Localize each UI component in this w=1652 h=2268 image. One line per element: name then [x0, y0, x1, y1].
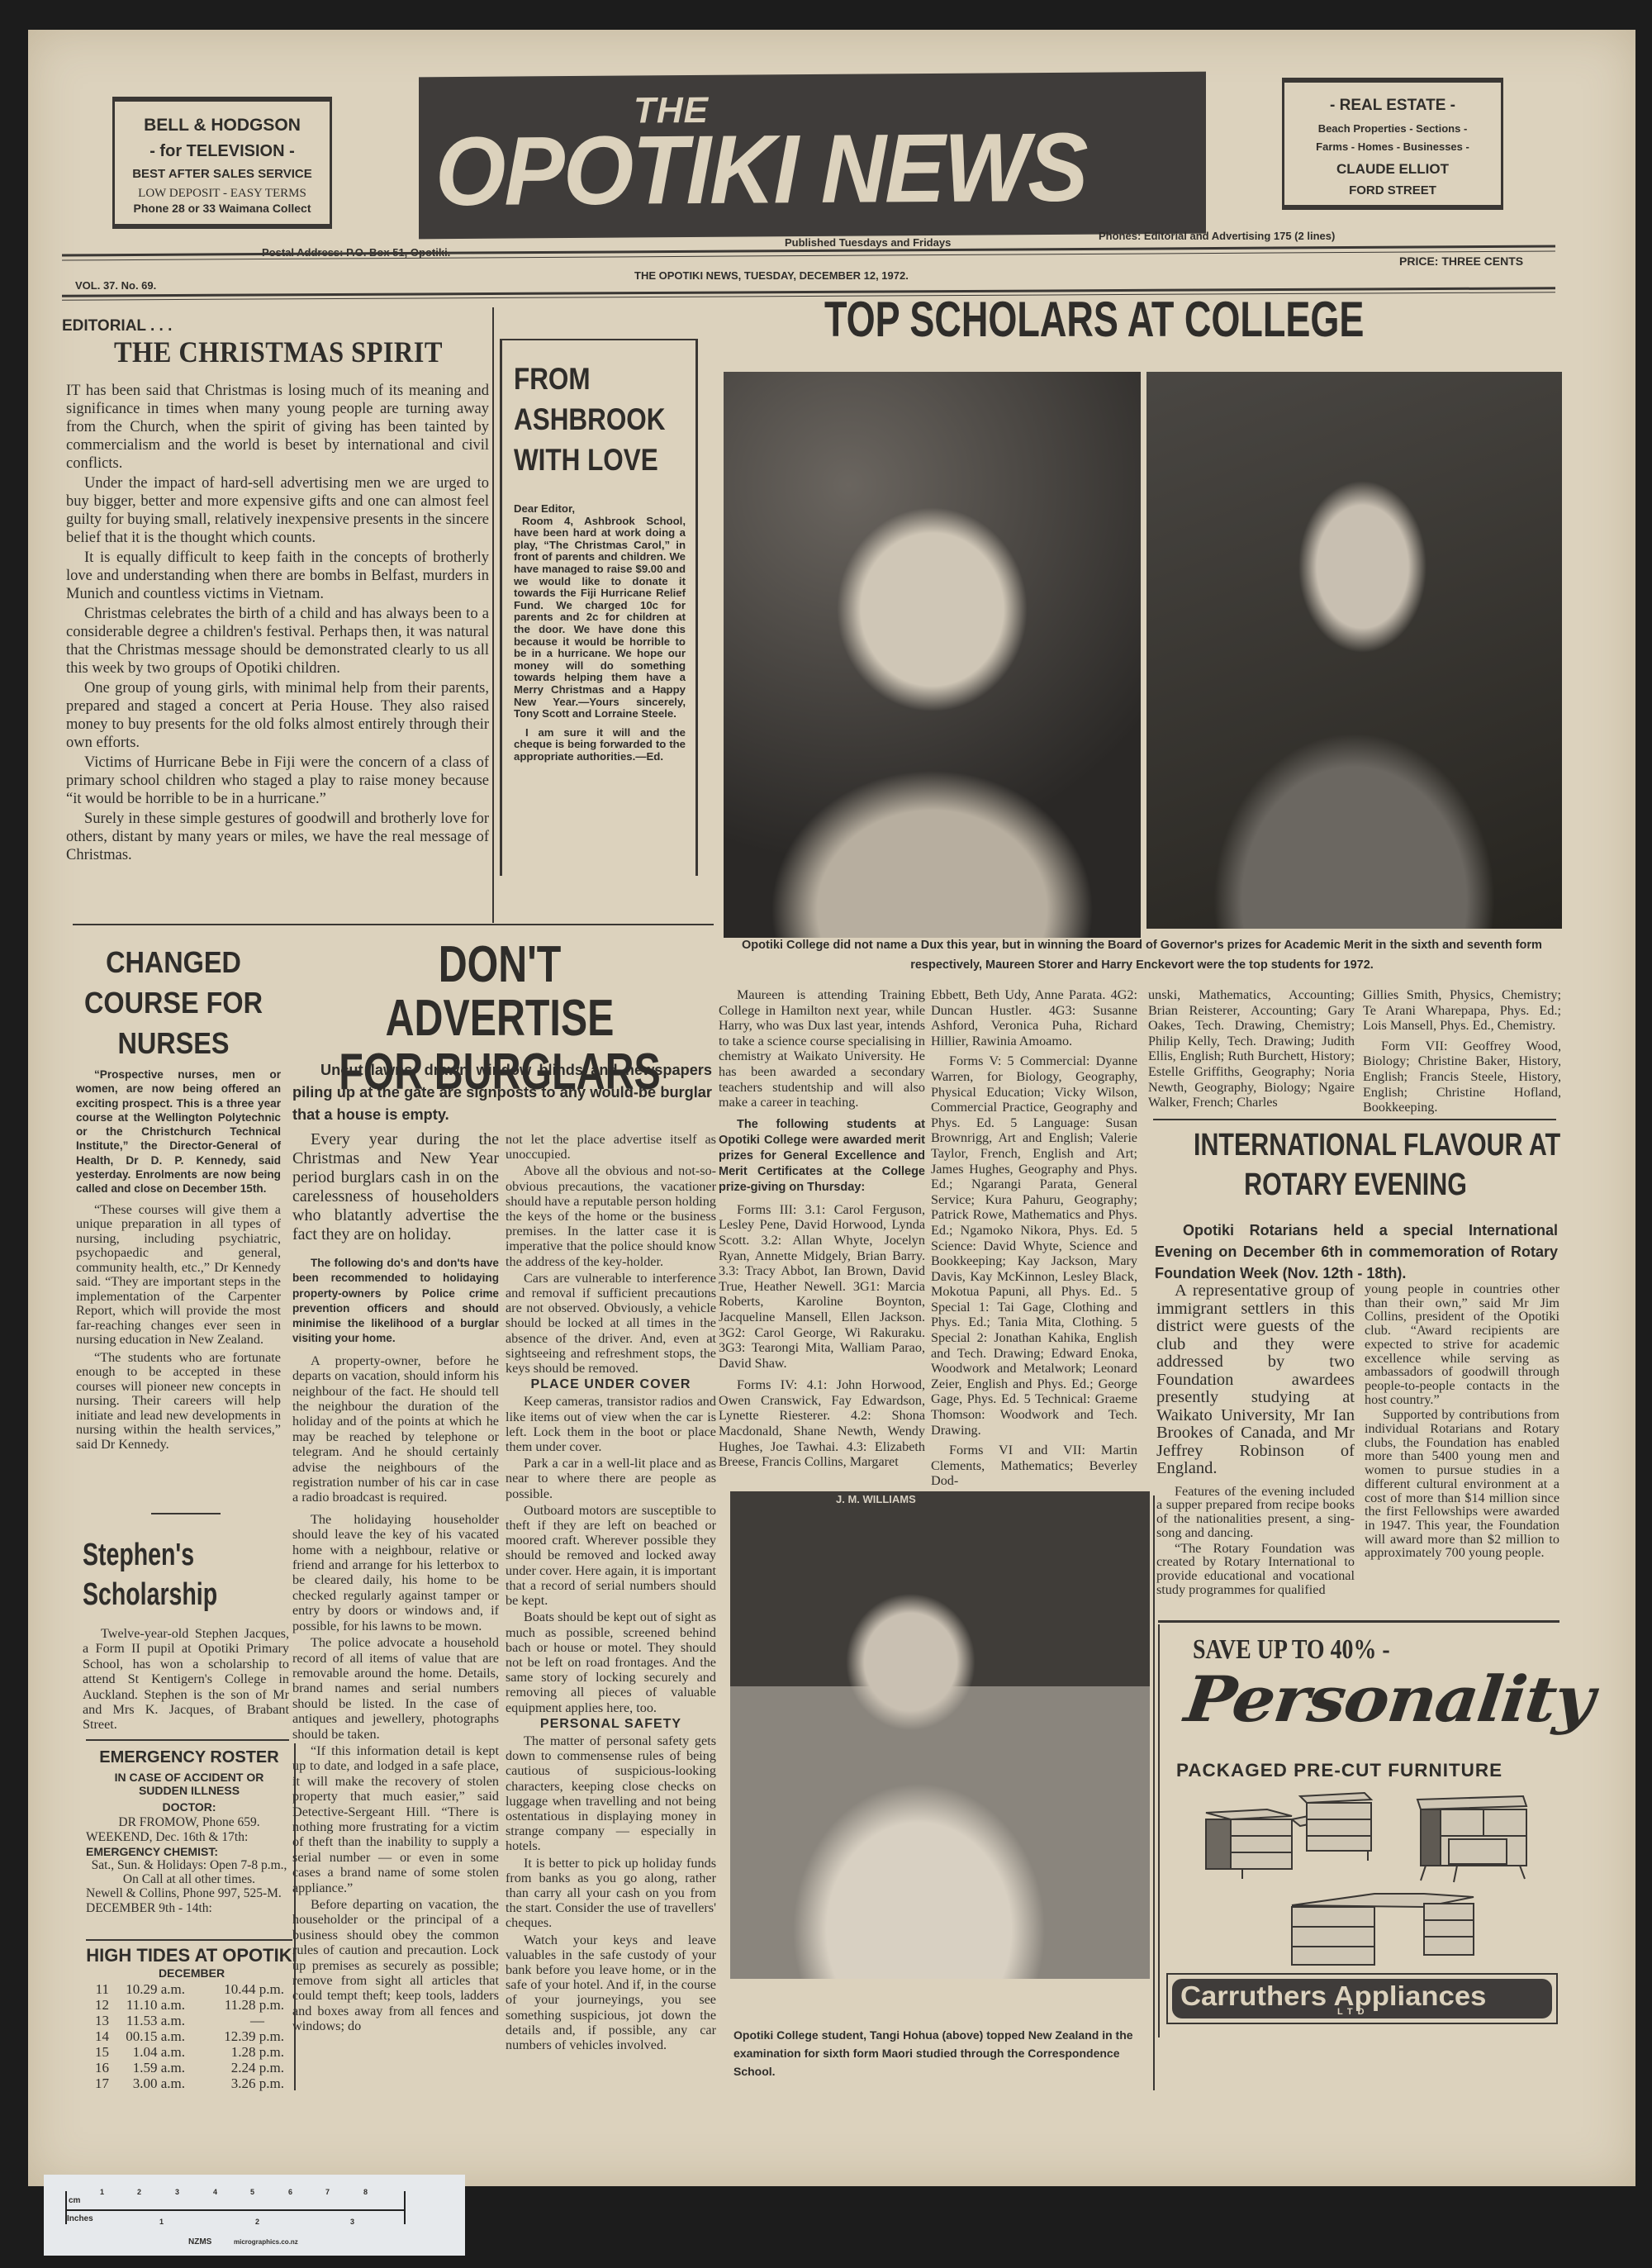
tide-am: 11.10 a.m.	[114, 1997, 185, 2013]
ad-brand-script: Personality	[1181, 1662, 1597, 1736]
weekend-dates: WEEKEND, Dec. 16th & 17th:	[86, 1830, 292, 1845]
burglars-paragraph: The police advocate a household record o…	[292, 1635, 499, 1742]
ruler-inch-tick: 1	[159, 2218, 164, 2226]
ashbrook-letter-box: FROM ASHBROOK WITH LOVE Dear Editor, Roo…	[500, 339, 698, 876]
ruler-website: micrographics.co.nz	[234, 2238, 298, 2246]
headline-line: DON'T ADVERTISE	[329, 938, 670, 1045]
emergency-subtitle: SUDDEN ILLNESS	[86, 1784, 292, 1797]
bell-hodgson-ad: BELL & HODGSON - for TELEVISION - BEST A…	[112, 97, 332, 229]
advertiser-banner: Carruthers Appliances LTD	[1166, 1973, 1558, 2024]
burglars-paragraph: Keep cameras, transistor radios and like…	[506, 1394, 716, 1454]
ad-headline: SAVE UP TO 40% -	[1193, 1634, 1390, 1666]
scholars-paragraph: Ebbett, Beth Udy, Anne Parata. 4G2: Dunc…	[931, 987, 1137, 1048]
editorial-kicker: EDITORIAL . . .	[62, 317, 172, 335]
tide-am: 00.15 a.m.	[114, 2028, 185, 2044]
headline-line: ASHBROOK	[514, 399, 660, 440]
editorial-paragraph: It is equally difficult to keep faith in…	[66, 549, 489, 603]
volume-number: VOL. 37. No. 69.	[75, 279, 156, 292]
headline-line: FROM	[514, 359, 660, 399]
scholars-caption: Opotiki College did not name a Dux this …	[719, 935, 1565, 975]
headline-line: INTERNATIONAL FLAVOUR AT	[1194, 1125, 1517, 1165]
real-estate-ad: - REAL ESTATE - Beach Properties - Secti…	[1282, 78, 1503, 210]
burglars-paragraph: Cars are vulnerable to interference and …	[506, 1271, 716, 1376]
tide-pm: —	[185, 2013, 264, 2028]
dateline: THE OPOTIKI NEWS, TUESDAY, DECEMBER 12, …	[634, 269, 909, 282]
rotary-paragraph: young people in countries other than the…	[1365, 1282, 1559, 1406]
tides-top-rule	[86, 1939, 292, 1941]
tide-am: 10.29 a.m.	[114, 1981, 185, 1997]
scholars-paragraph: unski, Mathematics, Accounting; Brian Re…	[1148, 987, 1355, 1110]
burglars-paragraph: “If this information detail is kept up t…	[292, 1743, 499, 1895]
nurses-paragraph: “The students who are fortunate enough t…	[76, 1351, 281, 1453]
rotary-headline: INTERNATIONAL FLAVOUR AT ROTARY EVENING	[1153, 1125, 1558, 1205]
emergency-subtitle: IN CASE OF ACCIDENT OR	[86, 1771, 292, 1784]
ruler-cm-tick: 5	[250, 2188, 254, 2196]
advertiser-suffix: LTD	[1337, 2007, 1370, 2017]
ruler-inch-tick: 3	[350, 2218, 354, 2226]
tangi-caption: Opotiki College student, Tangi Hohua (ab…	[733, 2026, 1148, 2080]
burglars-paragraph: not let the place advertise itself as un…	[506, 1132, 716, 1162]
tide-row: 151.04 a.m.1.28 p.m.	[86, 2044, 297, 2060]
ashbrook-text: Dear Editor, Room 4, Ashbrook School, ha…	[514, 503, 686, 763]
burglars-paragraph: Watch your keys and leave valuables in t…	[506, 1933, 716, 2053]
nurses-body: “Prospective nurses, men or women, are n…	[76, 1067, 281, 1452]
tide-pm: 2.24 p.m.	[185, 2060, 284, 2075]
editorial-paragraph: Victims of Hurricane Bebe in Fiji were t…	[66, 754, 489, 808]
headline-line: ROTARY EVENING	[1194, 1165, 1517, 1205]
burglars-col-1: Every year during the Christmas and New …	[292, 1130, 499, 2034]
ad-top-rule	[1158, 1620, 1559, 1623]
ruler-cm-tick: 3	[175, 2188, 179, 2196]
rotary-col-2: young people in countries other than the…	[1365, 1282, 1559, 1560]
furniture-illustration	[1176, 1790, 1548, 1971]
headline-line: Scholarship	[83, 1575, 217, 1614]
rotary-paragraph: Features of the evening included a suppe…	[1156, 1485, 1355, 1540]
roster-dates: DECEMBER 9th - 14th:	[86, 1901, 292, 1916]
editorial-body: IT has been said that Christmas is losin…	[66, 382, 489, 864]
ad-tagline: PACKAGED PRE-CUT FURNITURE	[1176, 1760, 1502, 1781]
ad-line: Farms - Homes - Businesses -	[1284, 140, 1501, 154]
rotary-paragraph: A representative group of immigrant sett…	[1156, 1282, 1355, 1478]
chemist-hours: Sat., Sun. & Holidays: Open 7-8 p.m., On…	[86, 1858, 292, 1886]
column-rule-right	[1153, 1495, 1155, 2090]
tide-row: 1311.53 a.m.—	[86, 2013, 297, 2028]
ruler-cm-tick: 2	[137, 2188, 141, 2196]
editorial-divider	[73, 924, 714, 925]
ruler-brand: NZMS	[188, 2237, 211, 2247]
short-divider	[151, 1513, 221, 1514]
ashbrook-headline: FROM ASHBROOK WITH LOVE	[514, 359, 660, 480]
scholars-intro: The following students at Opotiki Colleg…	[719, 1117, 925, 1196]
chemist-label: EMERGENCY CHEMIST:	[86, 1845, 292, 1858]
tide-am: 1.04 a.m.	[114, 2044, 185, 2060]
nurses-headline: CHANGED COURSE FOR NURSES	[84, 942, 263, 1063]
rotary-deck: Opotiki Rotarians held a special Interna…	[1155, 1220, 1558, 1284]
scholars-col-2: Ebbett, Beth Udy, Anne Parata. 4G2: Dunc…	[931, 987, 1137, 1489]
subhead-place-under-cover: PLACE UNDER COVER	[506, 1377, 716, 1392]
headline-line: CHANGED	[84, 942, 263, 982]
tide-pm: 3.26 p.m.	[185, 2075, 284, 2091]
scholars-col-4: Gillies Smith, Physics, Chemistry; Te Ar…	[1363, 987, 1561, 1115]
emergency-title: EMERGENCY ROSTER	[86, 1748, 292, 1767]
tide-day: 15	[86, 2044, 109, 2060]
burglars-paragraph: The holidaying householder should leave …	[292, 1512, 499, 1633]
photo-harry-enckevort	[1146, 372, 1562, 929]
burglars-paragraph: Every year during the Christmas and New …	[292, 1130, 499, 1244]
masthead-block: THE OPOTIKI NEWS	[419, 72, 1206, 240]
photo-sign-text: J. M. WILLIAMS	[836, 1493, 916, 1505]
ad-line: FORD STREET	[1284, 183, 1501, 199]
photo-maureen-storer	[724, 372, 1141, 938]
tide-row: 173.00 a.m.3.26 p.m.	[86, 2075, 297, 2091]
ruler-inch-tick: 2	[255, 2218, 259, 2226]
ad-line: CLAUDE ELLIOT	[1284, 160, 1501, 178]
ruler-cm-tick: 8	[363, 2188, 368, 2196]
burglars-paragraph: A property-owner, before he departs on v…	[292, 1353, 499, 1505]
tides-title: HIGH TIDES AT OPOTIKI	[86, 1945, 297, 1966]
tide-pm: 1.28 p.m.	[185, 2044, 284, 2060]
tide-row: 1400.15 a.m.12.39 p.m.	[86, 2028, 297, 2044]
tide-row: 161.59 a.m.2.24 p.m.	[86, 2060, 297, 2075]
ad-line: Phone 28 or 33 Waimana Collect	[115, 202, 330, 216]
tides-month: DECEMBER	[86, 1966, 297, 1980]
tide-pm: 12.39 p.m.	[185, 2028, 284, 2044]
scholars-forms-vi-vii: Forms VI and VII: Martin Clements, Mathe…	[931, 1443, 1137, 1489]
emergency-roster: EMERGENCY ROSTER IN CASE OF ACCIDENT OR …	[86, 1748, 292, 1916]
scholars-col-3: unski, Mathematics, Accounting; Brian Re…	[1148, 987, 1355, 1110]
editorial-paragraph: Under the impact of hard-sell advertisin…	[66, 474, 489, 547]
burglars-deck: Uncut lawns, drawn window blinds and new…	[292, 1059, 712, 1126]
column-rule-editorial	[492, 307, 494, 923]
scholars-forms-iv: Forms IV: 4.1: John Horwood, Owen Cransw…	[719, 1377, 925, 1470]
tide-pm: 11.28 p.m.	[185, 1997, 284, 2013]
doctor-label: DOCTOR:	[86, 1800, 292, 1814]
ruler-cm-tick: 1	[100, 2188, 104, 2196]
editorial-paragraph: One group of young girls, with minimal h…	[66, 679, 489, 752]
tide-day: 13	[86, 2013, 109, 2028]
tide-am: 11.53 a.m.	[114, 2013, 185, 2028]
scholars-forms-iii: Forms III: 3.1: Carol Ferguson, Lesley P…	[719, 1202, 925, 1372]
photo-tangi-hohua: J. M. WILLIAMS	[730, 1491, 1150, 1979]
headline-line: Stephen's	[83, 1535, 217, 1575]
rotary-paragraph: Supported by contributions from individu…	[1365, 1408, 1559, 1560]
burglars-bold-intro: The following do's and don'ts have been …	[292, 1256, 499, 1347]
ad-line: - REAL ESTATE -	[1284, 96, 1501, 116]
tide-day: 12	[86, 1997, 109, 2013]
letter-salutation: Dear Editor,	[514, 503, 686, 516]
burglars-paragraph: It is better to pick up holiday funds fr…	[506, 1856, 716, 1931]
editorial-paragraph: IT has been said that Christmas is losin…	[66, 382, 489, 473]
letter-body: Room 4, Ashbrook School, have been hard …	[514, 516, 686, 720]
headline-line: WITH LOVE	[514, 440, 660, 480]
masthead-title: OPOTIKI NEWS	[435, 114, 1087, 226]
scholars-headline: TOP SCHOLARS AT COLLEGE	[824, 291, 1364, 348]
nurses-paragraph: “These courses will give them a unique p…	[76, 1203, 281, 1348]
tide-pm: 10.44 p.m.	[185, 1981, 284, 1997]
scale-ruler: cm Inches 1 2 3 4 5 6 7 8 1 2 3 NZMS mic…	[44, 2175, 465, 2256]
rotary-top-rule	[1153, 1119, 1556, 1120]
tide-row: 1110.29 a.m.10.44 p.m.	[86, 1981, 297, 1997]
tide-am: 3.00 a.m.	[114, 2075, 185, 2091]
advertiser-name: Carruthers Appliances	[1180, 1980, 1486, 2012]
ruler-cm-tick: 7	[325, 2188, 330, 2196]
headline-line: NURSES	[84, 1023, 263, 1063]
burglars-paragraph: The matter of personal safety gets down …	[506, 1733, 716, 1854]
nurses-lead: “Prospective nurses, men or women, are n…	[76, 1067, 281, 1196]
high-tides: HIGH TIDES AT OPOTIKI DECEMBER 1110.29 a…	[86, 1945, 297, 2091]
burglars-paragraph: Above all the obvious and not-so- obviou…	[506, 1163, 716, 1268]
published-note: Published Tuesdays and Fridays	[785, 236, 951, 249]
stephen-paragraph: Twelve-year-old Stephen Jacques, a Form …	[83, 1626, 289, 1733]
rotary-paragraph: “The Rotary Foundation was created by Ro…	[1156, 1542, 1355, 1597]
ruler-cm-tick: 6	[288, 2188, 292, 2196]
subhead-personal-safety: PERSONAL SAFETY	[506, 1717, 716, 1732]
ad-line: BEST AFTER SALES SERVICE	[115, 167, 330, 183]
ruler-cm-label: cm	[69, 2196, 80, 2205]
tide-day: 14	[86, 2028, 109, 2044]
ad-line: Beach Properties - Sections -	[1284, 122, 1501, 136]
doctor-name: DR FROMOW, Phone 659.	[86, 1815, 292, 1830]
tide-am: 1.59 a.m.	[114, 2060, 185, 2075]
phones-note: Phones: Editorial and Advertising 175 (2…	[1099, 230, 1335, 242]
tide-row: 1211.10 a.m.11.28 p.m.	[86, 1997, 297, 2013]
burglars-col-2: not let the place advertise itself as un…	[506, 1132, 716, 2052]
burglars-paragraph: Outboard motors are susceptible to theft…	[506, 1503, 716, 1608]
editorial-paragraph: Surely in these simple gestures of goodw…	[66, 810, 489, 864]
personality-furniture-ad: SAVE UP TO 40% - Personality PACKAGED PR…	[1158, 1624, 1563, 2037]
tide-day: 17	[86, 2075, 109, 2091]
scholars-paragraph: Gillies Smith, Physics, Chemistry; Te Ar…	[1363, 987, 1561, 1034]
ad-line: - for TELEVISION -	[115, 141, 330, 162]
ad-line: LOW DEPOSIT - EASY TERMS	[115, 186, 330, 202]
ruler-inches-label: Inches	[67, 2214, 93, 2223]
rotary-col-1: A representative group of immigrant sett…	[1156, 1282, 1355, 1597]
stephen-headline: Stephen's Scholarship	[83, 1535, 217, 1614]
burglars-paragraph: Before departing on vacation, the househ…	[292, 1897, 499, 2034]
burglars-paragraph: Park a car in a well-lit place and as ne…	[506, 1456, 716, 1501]
editor-reply: I am sure it will and the cheque is bein…	[514, 727, 686, 763]
scholars-paragraph: Maureen is attending Training College in…	[719, 987, 925, 1110]
tide-day: 16	[86, 2060, 109, 2075]
price: PRICE: THREE CENTS	[1399, 254, 1523, 268]
tide-day: 11	[86, 1981, 109, 1997]
scholars-form-vii: Form VII: Geoffrey Wood, Biology; Christ…	[1363, 1039, 1561, 1115]
emergency-top-rule	[86, 1739, 289, 1741]
headline-line: COURSE FOR	[84, 982, 263, 1023]
ruler-cm-tick: 4	[213, 2188, 217, 2196]
editorial-paragraph: Christmas celebrates the birth of a chil…	[66, 605, 489, 678]
ad-line: BELL & HODGSON	[115, 115, 330, 136]
scholars-forms-v: Forms V: 5 Commercial: Dyanne Warren, fo…	[931, 1053, 1137, 1438]
burglars-paragraph: Boats should be kept out of sight as muc…	[506, 1609, 716, 1714]
stephen-body: Twelve-year-old Stephen Jacques, a Form …	[83, 1626, 289, 1733]
editorial-headline: THE CHRISTMAS SPIRIT	[114, 335, 443, 369]
scholars-col-1: Maureen is attending Training College in…	[719, 987, 925, 1470]
chemist-name: Newell & Collins, Phone 997, 525-M.	[86, 1886, 292, 1901]
